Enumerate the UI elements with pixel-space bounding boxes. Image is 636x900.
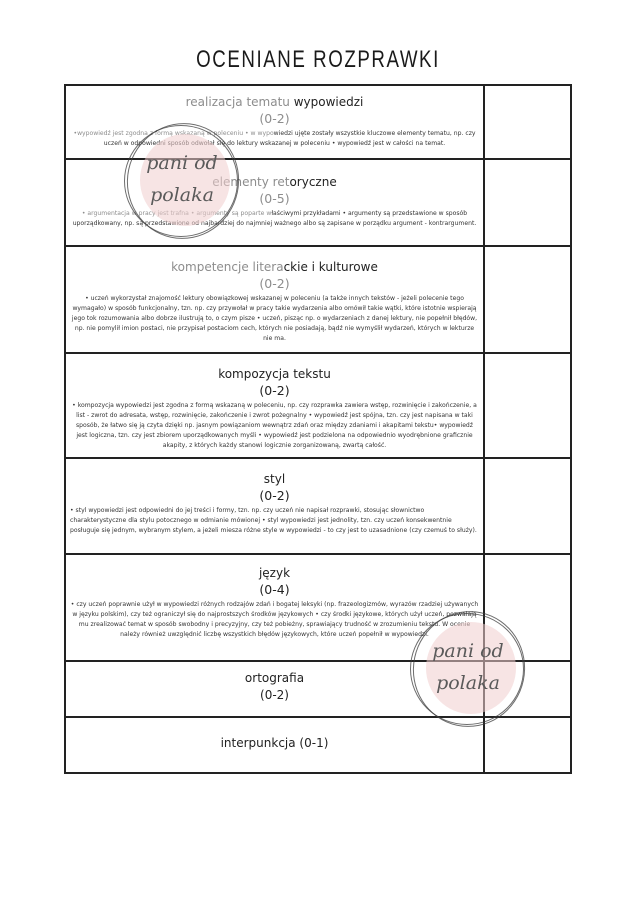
table-row: styl (0-2) • styl wypowiedzi jest odpowi… — [66, 459, 570, 555]
table-row: realizacja tematu wypowiedzi (0-2) •wypo… — [66, 86, 570, 160]
table-row: ortografia (0-2) — [66, 662, 570, 718]
criterion-range: (0-2) — [70, 487, 479, 505]
criterion-cell: kompetencje literackie i kulturowe (0-2)… — [66, 247, 485, 352]
score-cell[interactable] — [485, 555, 570, 660]
criteria-table: realizacja tematu wypowiedzi (0-2) •wypo… — [64, 84, 572, 774]
criterion-range: (0-2) — [70, 110, 479, 128]
score-cell[interactable] — [485, 247, 570, 352]
criterion-name: język — [70, 565, 479, 581]
criterion-cell: realizacja tematu wypowiedzi (0-2) •wypo… — [66, 86, 485, 158]
score-cell[interactable] — [485, 160, 570, 245]
score-cell[interactable] — [485, 86, 570, 158]
score-cell[interactable] — [485, 354, 570, 457]
criterion-description: • uczeń wykorzystał znajomość lektury ob… — [70, 294, 479, 344]
criterion-range: (0-5) — [70, 190, 479, 208]
criterion-name: kompetencje literackie i kulturowe — [70, 259, 479, 275]
criterion-cell: język (0-4) • czy uczeń poprawnie użył w… — [66, 555, 485, 660]
criterion-range: (0-4) — [70, 581, 479, 599]
criterion-name: kompozycja tekstu — [70, 366, 479, 382]
table-row: interpunkcja (0-1) — [66, 718, 570, 772]
criterion-range: (0-2) — [70, 275, 479, 293]
table-row: kompozycja tekstu (0-2) • kompozycja wyp… — [66, 354, 570, 459]
score-cell[interactable] — [485, 662, 570, 716]
criterion-name: ortografia — [70, 670, 479, 686]
criterion-name: elementy retoryczne — [70, 174, 479, 190]
criterion-cell: kompozycja tekstu (0-2) • kompozycja wyp… — [66, 354, 485, 457]
criterion-description: • czy uczeń poprawnie użył w wypowiedzi … — [70, 600, 479, 640]
table-row: kompetencje literackie i kulturowe (0-2)… — [66, 247, 570, 354]
criterion-range: (0-2) — [70, 382, 479, 400]
page-title: OCENIANE ROZPRAWKI — [70, 46, 566, 74]
criterion-cell: ortografia (0-2) — [66, 662, 485, 716]
criterion-cell: elementy retoryczne (0-5) • argumentacja… — [66, 160, 485, 245]
criterion-range: (0-2) — [70, 686, 479, 704]
criterion-name: interpunkcja (0-1) — [70, 735, 479, 751]
criterion-description: •wypowiedź jest zgodna z formą wskazaną … — [70, 129, 479, 149]
criterion-cell: interpunkcja (0-1) — [66, 718, 485, 772]
table-row: język (0-4) • czy uczeń poprawnie użył w… — [66, 555, 570, 662]
score-cell[interactable] — [485, 459, 570, 553]
criterion-description: • argumentacja w pracy jest trafna • arg… — [70, 209, 479, 229]
criterion-description: • styl wypowiedzi jest odpowiedni do jej… — [70, 506, 479, 536]
table-row: elementy retoryczne (0-5) • argumentacja… — [66, 160, 570, 247]
criterion-name: styl — [70, 471, 479, 487]
score-cell[interactable] — [485, 718, 570, 772]
criterion-cell: styl (0-2) • styl wypowiedzi jest odpowi… — [66, 459, 485, 553]
criterion-description: • kompozycja wypowiedzi jest zgodna z fo… — [70, 401, 479, 451]
criterion-name: realizacja tematu wypowiedzi — [70, 94, 479, 110]
